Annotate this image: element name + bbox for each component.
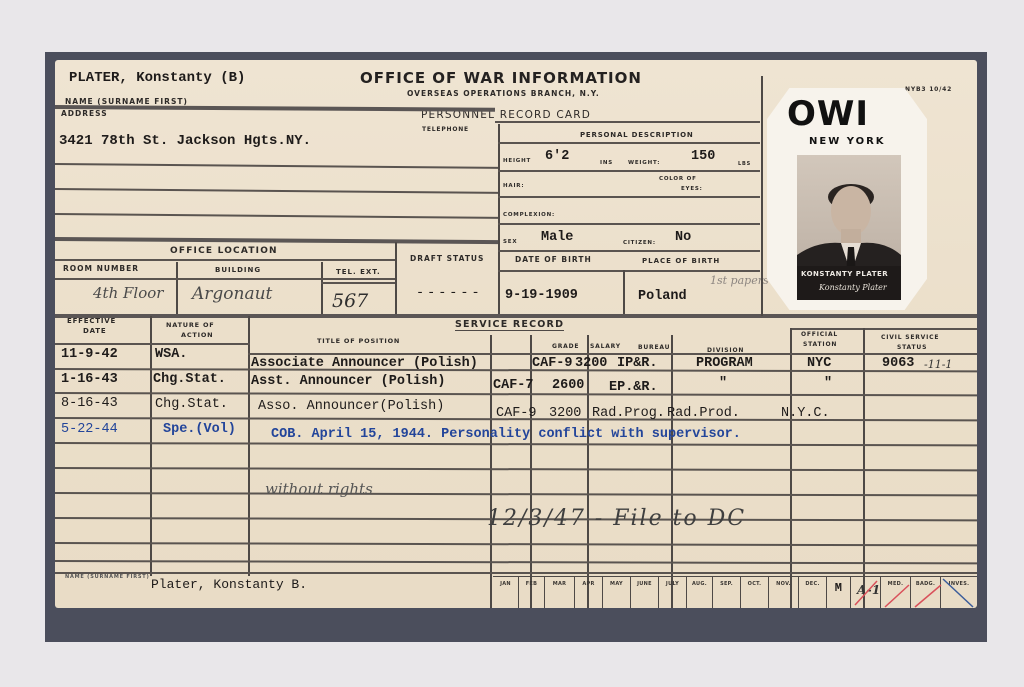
weight-label: WEIGHT: <box>628 160 660 166</box>
row3-date: 8-16-43 <box>61 396 118 411</box>
tel-ext-value: 567 <box>332 290 368 312</box>
column-rule <box>498 124 500 317</box>
month-jan: JAN <box>493 577 519 608</box>
row3-title: Asso. Announcer(Polish) <box>258 399 444 414</box>
personal-description-label: PERSONAL DESCRIPTION <box>580 131 694 139</box>
sex-value: Male <box>541 230 573 245</box>
row3-division: Rad.Prod. <box>667 406 740 421</box>
column-rule <box>395 242 397 315</box>
row1-status: 9063 <box>882 356 914 371</box>
section-divider <box>55 314 977 318</box>
month-grid: JAN FEB MAR APR MAY JUNE JULY AUG. SEP. … <box>493 576 977 608</box>
rule <box>55 259 395 261</box>
month-july: JULY <box>659 577 687 608</box>
check-marks-icon <box>881 577 977 608</box>
branch-subtitle: OVERSEAS OPERATIONS BRANCH, N.Y. <box>407 89 600 98</box>
citizen-value: No <box>675 230 691 245</box>
tel-ext-label: TEL. EXT. <box>336 268 381 276</box>
bureau-header: BUREAU <box>638 344 670 351</box>
rule <box>498 223 760 225</box>
sex-label: SEX <box>503 239 517 245</box>
title-of-position-header: TITLE OF POSITION <box>317 337 400 345</box>
draft-status-label: DRAFT STATUS <box>410 254 484 263</box>
row1-status-note: -11-1 <box>924 358 952 371</box>
column-rule <box>176 262 178 317</box>
row1-station: NYC <box>807 356 831 371</box>
draft-status-value: ------ <box>416 286 483 301</box>
rule <box>498 250 760 252</box>
rule <box>55 343 250 345</box>
hair-label: HAIR: <box>503 183 524 189</box>
row2-date: 1-16-43 <box>61 372 118 387</box>
effective-date-header: EFFECTIVE <box>67 317 116 325</box>
rule <box>498 270 760 272</box>
nature-of-action-header: NATURE OF <box>166 321 215 329</box>
month-dec: DEC. <box>799 577 827 608</box>
row-line <box>55 467 977 471</box>
rule <box>55 278 395 280</box>
civil-service-status-header: CIVIL SERVICE <box>881 334 939 341</box>
column-rule <box>587 335 589 608</box>
row2-division: " <box>719 376 727 391</box>
row2-station: " <box>824 376 832 391</box>
row4-remark: COB. April 15, 1944. Personality conflic… <box>271 427 741 442</box>
month-june: JUNE <box>631 577 659 608</box>
effective-date-header-2: DATE <box>83 327 106 335</box>
row2-salary: 2600 <box>552 378 584 393</box>
rule <box>498 170 760 172</box>
office-location-label: OFFICE LOCATION <box>170 246 278 256</box>
row2-title: Asst. Announcer (Polish) <box>251 374 445 389</box>
height-value: 6'2 <box>545 149 569 164</box>
month-sep: SEP. <box>713 577 741 608</box>
row2-action: Chg.Stat. <box>153 372 226 387</box>
place-of-birth-value: Poland <box>638 289 687 304</box>
row1-grade: CAF-9 <box>532 356 573 371</box>
service-record-label: SERVICE RECORD <box>455 319 564 331</box>
row3-station: N.Y.C. <box>781 406 830 421</box>
row-line <box>55 560 977 564</box>
handwritten-note-rights: without rights <box>265 480 373 498</box>
column-rule <box>761 76 763 316</box>
row1-bureau: IP&R. <box>617 356 658 371</box>
row1-date: 11-9-42 <box>61 347 118 362</box>
rule <box>790 328 977 330</box>
row2-grade: CAF-7 <box>493 378 534 393</box>
badge-signature: Konstanty Plater <box>819 283 887 292</box>
rule <box>498 196 760 198</box>
column-rule <box>671 335 673 608</box>
row1-action: WSA. <box>155 347 187 362</box>
telephone-label: TELEPHONE <box>422 126 469 133</box>
row3-bureau: Rad.Prog. <box>592 406 665 421</box>
red-check-mark-icon <box>851 577 881 608</box>
date-of-birth-label: DATE OF BIRTH <box>515 255 592 264</box>
row-line <box>55 542 977 546</box>
eyes-label: COLOR OF <box>659 176 697 182</box>
column-rule <box>248 316 250 576</box>
citizen-label: CITIZEN: <box>623 240 656 246</box>
rule <box>498 142 760 144</box>
month-oct: OCT. <box>741 577 769 608</box>
date-of-birth-value: 9-19-1909 <box>505 288 578 303</box>
column-rule <box>530 335 532 608</box>
room-number-label: ROOM NUMBER <box>63 264 139 273</box>
building-value: Argonaut <box>192 284 272 304</box>
footer-name-label: NAME (SURNAME FIRST) <box>65 574 150 580</box>
month-apr: APR <box>575 577 603 608</box>
badge-city: NEW YORK <box>809 136 886 147</box>
row-line <box>55 442 977 446</box>
column-rule <box>150 316 152 576</box>
place-of-birth-note: 1st papers <box>710 274 769 287</box>
row2-bureau: EP.&R. <box>609 380 658 395</box>
handwritten-note-file: 12/3/47 - File to DC <box>487 506 746 531</box>
id-photo-badge: OWI NEW YORK KONSTANTY PLATER Konstanty … <box>767 88 927 310</box>
room-number-value: 4th Floor <box>93 284 163 302</box>
rule <box>248 353 977 355</box>
portrait-photo: KONSTANTY PLATER Konstanty Plater <box>797 155 901 300</box>
divider <box>55 237 500 244</box>
name-value: PLATER, Konstanty (B) <box>69 70 245 86</box>
row3-salary: 3200 <box>549 406 581 421</box>
divider <box>495 121 760 123</box>
month-aug: AUG. <box>687 577 713 608</box>
footer-divider <box>55 572 977 574</box>
code-cell: A-1 <box>851 577 881 608</box>
month-may: MAY <box>603 577 631 608</box>
agency-title: OFFICE OF WAR INFORMATION <box>360 69 642 87</box>
address-value: 3421 78th St. Jackson Hgts.NY. <box>59 133 311 149</box>
badge-caption: KONSTANTY PLATER <box>801 270 888 278</box>
eyes-label-2: EYES: <box>681 186 703 192</box>
place-of-birth-label: PLACE OF BIRTH <box>642 257 720 265</box>
address-line <box>55 188 500 194</box>
row3-grade: CAF-9 <box>496 406 537 421</box>
portrait-icon <box>797 155 901 300</box>
grade-header: GRADE <box>552 343 579 350</box>
weight-value: 150 <box>691 149 715 164</box>
column-rule <box>490 335 492 608</box>
row3-action: Chg.Stat. <box>155 397 228 412</box>
nature-of-action-header-2: ACTION <box>181 331 213 339</box>
address-line <box>55 213 500 219</box>
month-nov: NOV. <box>769 577 799 608</box>
row1-division: PROGRAM <box>696 356 753 371</box>
row4-date: 5-22-44 <box>61 422 118 437</box>
salary-header: SALARY <box>590 343 621 350</box>
owi-badge-title: OWI <box>787 94 869 134</box>
height-label: HEIGHT <box>503 158 531 164</box>
rule <box>321 282 395 284</box>
marital-code-cell: M <box>827 577 851 608</box>
footer-name-value: Plater, Konstanty B. <box>151 577 307 592</box>
complexion-label: COMPLEXION: <box>503 212 555 218</box>
divider <box>55 105 495 112</box>
building-label: BUILDING <box>215 266 261 274</box>
row1-title: Associate Announcer (Polish) <box>251 356 478 371</box>
month-feb: FEB <box>519 577 545 608</box>
column-rule <box>623 270 625 317</box>
official-station-header: OFFICIAL <box>801 331 838 338</box>
civil-service-status-header-2: STATUS <box>897 344 927 351</box>
row1-salary: 3200 <box>575 356 607 371</box>
marital-code: M <box>835 581 843 595</box>
row-line <box>55 492 977 496</box>
month-mar: MAR <box>545 577 575 608</box>
personnel-record-card: PLATER, Konstanty (B) NAME (SURNAME FIRS… <box>55 60 977 608</box>
address-label: ADDRESS <box>61 109 108 118</box>
official-station-header-2: STATION <box>803 341 837 348</box>
form-number: NYB3 10/42 <box>905 86 952 93</box>
ins-label: INS <box>600 160 613 166</box>
address-line <box>55 163 500 169</box>
column-rule <box>321 262 323 317</box>
lbs-label: LBS <box>738 161 751 167</box>
row4-action: Spe.(Vol) <box>163 422 236 437</box>
